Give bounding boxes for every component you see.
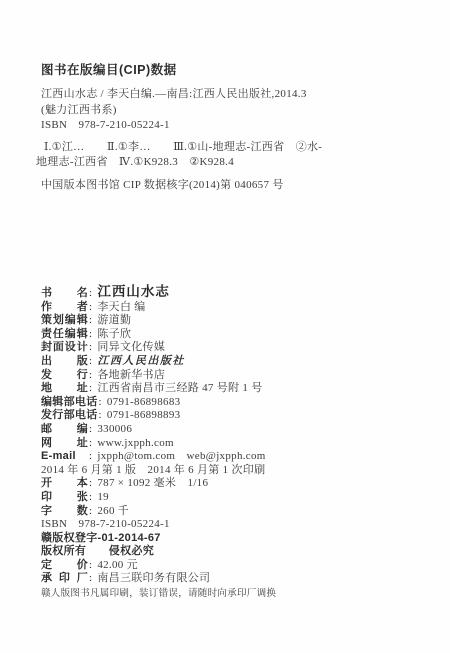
distribution-phone-value: 0791-86898893 — [107, 409, 181, 423]
publication-info-block: 书名:江西山水志 作者:李天白 编 策划编辑:游道勤 责任编辑:陈子欣 封面设计… — [41, 285, 413, 601]
field-label: 策划编辑 — [41, 314, 88, 328]
colon: : — [89, 382, 92, 396]
colon: : — [89, 341, 92, 355]
cip-series: (魅力江西书系) — [41, 103, 413, 119]
colon: : — [99, 409, 102, 423]
planning-editor-value: 游道勤 — [97, 314, 131, 328]
responsible-editor-value: 陈子欣 — [97, 328, 131, 342]
editorial-phone-value: 0791-86898683 — [107, 396, 181, 410]
info-row-author: 作者:李天白 编 — [41, 301, 413, 315]
info-row-exchange-note: 赣人版图书凡属印刷，装订错误，请随时向承印厂调换 — [41, 588, 413, 601]
field-label: 发行部电话 — [41, 409, 98, 423]
exchange-note-text: 赣人版图书凡属印刷，装订错误，请随时向承印厂调换 — [41, 588, 276, 601]
info-row-word-count: 字数:260 千 — [41, 505, 413, 519]
info-row-postcode: 邮编:330006 — [41, 423, 413, 437]
publisher-value: 江西人民出版社 — [97, 355, 185, 369]
info-row-address: 地址:江西省南昌市三经路 47 号附 1 号 — [41, 382, 413, 396]
book-copyright-page: 图书在版编目(CIP)数据 江西山水志 / 李天白编.—南昌:江西人民出版社,2… — [0, 0, 450, 653]
field-label: 印张 — [41, 491, 88, 505]
edition-text: 2014 年 6 月第 1 版 2014 年 6 月第 1 次印刷 — [41, 464, 265, 478]
info-row-copyright-notice: 版权所有 侵权必究 — [41, 545, 413, 559]
field-label: 书名 — [41, 287, 88, 301]
field-label: 网址 — [41, 437, 88, 451]
price-value: 42.00 元 — [97, 559, 138, 573]
info-row-distribution-phone: 发行部电话:0791-86898893 — [41, 409, 413, 423]
info-row-registration: 赣版权登字-01-2014-67 — [41, 532, 413, 546]
cip-isbn: ISBN 978-7-210-05224-1 — [41, 118, 413, 134]
info-row-cover-design: 封面设计:同异文化传媒 — [41, 341, 413, 355]
colon: : — [89, 328, 92, 342]
field-label: 出版 — [41, 355, 88, 369]
info-row-email: E-mail:jxpph@tom.com web@jxpph.com — [41, 450, 413, 464]
field-label: 作者 — [41, 301, 88, 315]
cip-title: 图书在版编目(CIP)数据 — [41, 60, 413, 78]
info-row-price: 定价:42.00 元 — [41, 559, 413, 573]
info-row-distributor: 发行:各地新华书店 — [41, 369, 413, 383]
colon: : — [89, 314, 92, 328]
info-row-isbn: ISBN 978-7-210-05224-1 — [41, 518, 413, 532]
field-label: 开本 — [41, 477, 88, 491]
colon: : — [89, 355, 92, 369]
cip-description: 江西山水志 / 李天白编.—南昌:江西人民出版社,2014.3 — [41, 87, 413, 103]
field-label: 发行 — [41, 369, 88, 383]
address-value: 江西省南昌市三经路 47 号附 1 号 — [97, 382, 262, 396]
colon: : — [89, 477, 92, 491]
colon: : — [89, 369, 92, 383]
info-row-editorial-phone: 编辑部电话:0791-86898683 — [41, 396, 413, 410]
info-row-sheets: 印张:19 — [41, 491, 413, 505]
postcode-value: 330006 — [97, 423, 132, 437]
format-value: 787 × 1092 毫米 1/16 — [97, 477, 208, 491]
page-content: 图书在版编目(CIP)数据 江西山水志 / 李天白编.—南昌:江西人民出版社,2… — [41, 60, 413, 601]
colon: : — [89, 505, 92, 519]
info-row-edition: 2014 年 6 月第 1 版 2014 年 6 月第 1 次印刷 — [41, 464, 413, 478]
colon: : — [89, 437, 92, 451]
cip-classification: Ⅰ.①江… Ⅱ.①李… Ⅲ.①山-地理志-江西省 ②水- 地理志-江西省 Ⅳ.①… — [41, 140, 413, 171]
cip-record-number: 中国版本图书馆 CIP 数据核字(2014)第 040657 号 — [41, 178, 413, 194]
field-label: 编辑部电话 — [41, 396, 98, 410]
registration-text: 赣版权登字-01-2014-67 — [41, 532, 161, 546]
info-row-publisher: 出版:江西人民出版社 — [41, 355, 413, 369]
copyright-notice-text: 版权所有 侵权必究 — [41, 545, 154, 559]
field-label: E-mail — [41, 450, 88, 464]
email-value: jxpph@tom.com web@jxpph.com — [97, 450, 265, 464]
colon: : — [99, 396, 102, 410]
field-label: 邮编 — [41, 423, 88, 437]
colon: : — [89, 423, 92, 437]
info-row-planning-editor: 策划编辑:游道勤 — [41, 314, 413, 328]
colon: : — [89, 301, 92, 315]
cover-design-value: 同异文化传媒 — [97, 341, 165, 355]
cip-classification-line1: Ⅰ.①江… Ⅱ.①李… Ⅲ.①山-地理志-江西省 ②水- — [41, 140, 413, 156]
field-label: 封面设计 — [41, 341, 88, 355]
colon: : — [89, 287, 92, 301]
info-row-printer: 承印厂:南昌三联印务有限公司 — [41, 572, 413, 586]
field-label: 承印厂 — [41, 572, 88, 586]
isbn-text: ISBN 978-7-210-05224-1 — [41, 518, 170, 532]
info-row-format: 开本:787 × 1092 毫米 1/16 — [41, 477, 413, 491]
printer-value: 南昌三联印务有限公司 — [97, 572, 210, 586]
website-value: www.jxpph.com — [97, 437, 174, 451]
field-label: 责任编辑 — [41, 328, 88, 342]
colon: : — [89, 572, 92, 586]
field-label: 定价 — [41, 559, 88, 573]
info-row-responsible-editor: 责任编辑:陈子欣 — [41, 328, 413, 342]
info-row-website: 网址:www.jxpph.com — [41, 437, 413, 451]
colon: : — [89, 491, 92, 505]
sheets-value: 19 — [97, 491, 109, 505]
author-value: 李天白 编 — [97, 301, 145, 315]
colon: : — [89, 559, 92, 573]
cip-classification-line2: 地理志-江西省 Ⅳ.①K928.3 ②K928.4 — [36, 155, 413, 171]
distributor-value: 各地新华书店 — [97, 369, 165, 383]
info-row-book-title: 书名:江西山水志 — [41, 285, 413, 301]
field-label: 字数 — [41, 505, 88, 519]
book-title-value: 江西山水志 — [97, 285, 170, 299]
word-count-value: 260 千 — [97, 505, 129, 519]
field-label: 地址 — [41, 382, 88, 396]
colon: : — [89, 450, 92, 464]
cip-block: 图书在版编目(CIP)数据 江西山水志 / 李天白编.—南昌:江西人民出版社,2… — [41, 60, 413, 193]
